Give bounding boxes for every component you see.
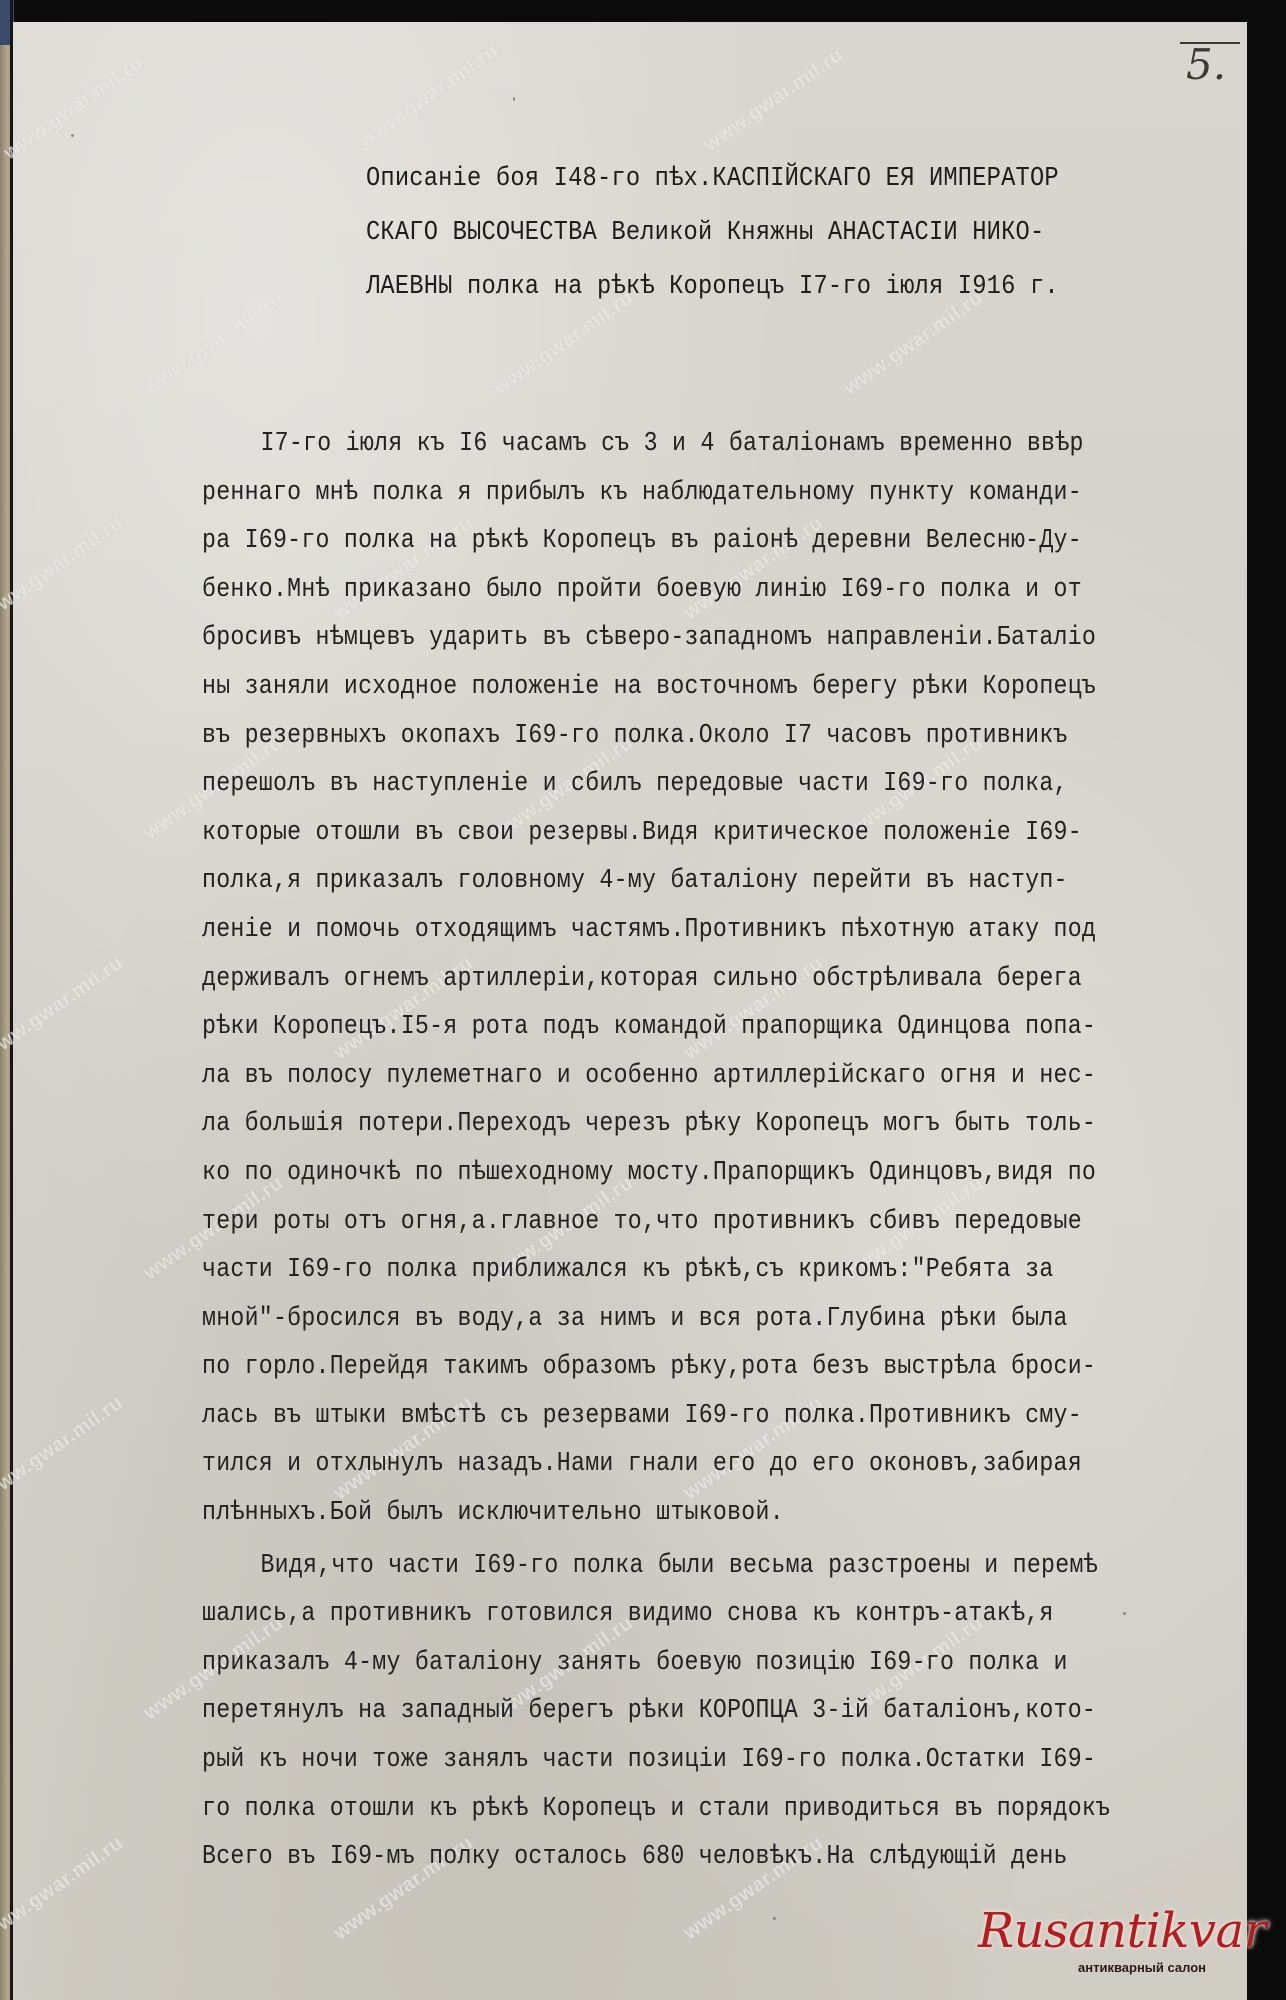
page-number-text: 5. xyxy=(1186,44,1226,86)
watermark: www.gwar.mil.ru xyxy=(355,40,503,153)
body-line: въ резервныхъ окопахъ I69-го полка.Около… xyxy=(202,712,1105,761)
body-line: тился и отхлынулъ назадъ.Нами гнали его … xyxy=(202,1440,1105,1489)
body-line: тери роты отъ огня,а.главное то,что прот… xyxy=(202,1198,1105,1247)
logo-subtitle: антикварный салон xyxy=(1002,1960,1282,1975)
title-line: СКАГО ВЫСОЧЕСТВА Великой Княжны АНАСТАСІ… xyxy=(366,206,1123,260)
handwritten-page-number: 5. xyxy=(1180,42,1240,86)
body-line: шались,а противникъ готовился видимо сно… xyxy=(202,1590,1105,1639)
document-title: Описаніе боя I48-го пѣх.КАСПІЙСКАГО ЕЯ И… xyxy=(366,152,1226,314)
body-line: бросивъ нѣмцевъ ударить въ сѣверо-западн… xyxy=(202,614,1105,663)
body-line: ра I69-го полка на рѣкѣ Коропецъ въ раіо… xyxy=(202,517,1105,566)
paragraph-first-line: I7-го іюля къ I6 часамъ съ 3 и 4 баталіо… xyxy=(202,420,1105,469)
body-line: ла въ полосу пулеметнаго и особенно арти… xyxy=(202,1052,1105,1101)
watermark: www.gwar.mil.ru xyxy=(700,44,848,157)
body-line: которые отошли въ свои резервы.Видя крит… xyxy=(202,809,1105,858)
title-line: Описаніе боя I48-го пѣх.КАСПІЙСКАГО ЕЯ И… xyxy=(366,152,1123,206)
paper-speck xyxy=(71,134,74,137)
body-line: рый къ ночи тоже занялъ части позиціи I6… xyxy=(202,1736,1105,1785)
watermark: www.gwar.mil.ru xyxy=(0,512,128,625)
body-line: держивалъ огнемъ артиллеріи,которая силь… xyxy=(202,955,1105,1004)
body-line: бенко.Мнѣ приказано было пройти боевую л… xyxy=(202,566,1105,615)
body-line: перетянулъ на западный берегъ рѣки КОРОП… xyxy=(202,1687,1105,1736)
body-line: рѣки Коропецъ.I5-я рота подъ командой пр… xyxy=(202,1003,1105,1052)
body-line: части I69-го полка приближался къ рѣкѣ,с… xyxy=(202,1246,1105,1295)
body-line: ла большія потери.Переходъ черезъ рѣку К… xyxy=(202,1100,1105,1149)
logo-name: Rusantikvar xyxy=(962,1906,1282,1956)
body-line: перешолъ въ наступленіе и сбилъ передовы… xyxy=(202,760,1105,809)
body-line: ны заняли исходное положеніе на восточно… xyxy=(202,663,1105,712)
body-line: мной"-бросился въ воду,а за нимъ и вся р… xyxy=(202,1295,1105,1344)
title-line: ЛАЕВНЫ полка на рѣкѣ Коропецъ I7-го іюля… xyxy=(366,260,1123,314)
paper-speck xyxy=(513,97,515,101)
body-line: леніе и помочь отходящимъ частямъ.Против… xyxy=(202,906,1105,955)
rusantikvar-logo: Rusantikvar антикварный салон xyxy=(962,1906,1282,1975)
paragraph-first-line: Видя,что части I69-го полка были весьма … xyxy=(202,1542,1105,1591)
watermark: www.gwar.mil.ru xyxy=(0,1392,128,1505)
body-line: ко по одиночкѣ по пѣшеходному мосту.Прап… xyxy=(202,1149,1105,1198)
watermark: www.gwar.mil.ru xyxy=(140,287,288,400)
watermark: www.gwar.mil.ru xyxy=(0,1832,128,1945)
body-line: полка,я приказалъ головному 4-му баталіо… xyxy=(202,857,1105,906)
watermark: www.gwar.mil.ru xyxy=(0,52,148,165)
document-body: I7-го іюля къ I6 часамъ съ 3 и 4 баталіо… xyxy=(202,420,1252,1882)
body-line: приказалъ 4-му баталіону занять боевую п… xyxy=(202,1639,1105,1688)
watermark: www.gwar.mil.ru xyxy=(0,952,128,1065)
body-line: лась въ штыки вмѣстѣ съ резервами I69-го… xyxy=(202,1392,1105,1441)
body-line: по горло.Перейдя такимъ образомъ рѣку,ро… xyxy=(202,1343,1105,1392)
body-line: Всего въ I69-мъ полку осталось 680 челов… xyxy=(202,1833,1105,1882)
body-line: плѣнныхъ.Бой былъ исключительно штыковой… xyxy=(202,1489,1105,1538)
paper-speck xyxy=(773,1917,776,1920)
body-line: реннаго мнѣ полка я прибылъ къ наблюдате… xyxy=(202,469,1105,518)
body-line: го полка отошли къ рѣкѣ Коропецъ и стали… xyxy=(202,1785,1105,1834)
